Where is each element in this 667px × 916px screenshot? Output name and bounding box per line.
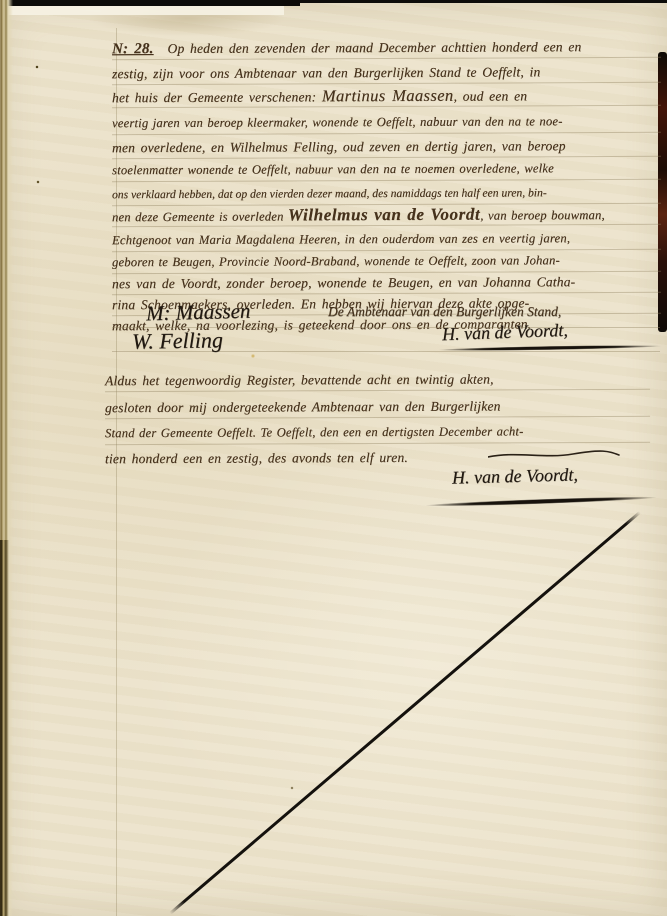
act-line: het huis der Gemeente verschenen: Martin… (112, 85, 661, 108)
register-page: N: 28.Op heden den zevenden der maand De… (0, 0, 667, 916)
act-text: , oud een en (454, 88, 528, 103)
act-number: N: 28. (112, 41, 154, 57)
act-line: N: 28.Op heden den zevenden der maand De… (112, 37, 661, 60)
closing-line: Aldus het tegenwoordig Register, bevatte… (105, 369, 650, 392)
act-line: ons verklaard hebben, dat op den vierden… (112, 183, 661, 206)
witness-signature-felling: W. Felling (132, 327, 223, 355)
act-line: stoelenmatter wonende te Oeffelt, nabuur… (112, 159, 661, 182)
act-line: men overledene, en Wilhelmus Felling, ou… (112, 136, 661, 159)
binding-gutter-dark (0, 540, 10, 916)
deceased-name: Wilhelmus van de Voordt (288, 205, 480, 225)
declarant-name: Martinus Maassen (322, 86, 454, 106)
closing-registrar-signature: H. van de Voordt, (452, 464, 578, 488)
act-line: nen deze Gemeente is overleden Wilhelmus… (112, 204, 661, 227)
closing-line: gesloten door mij ondergeteekende Ambten… (105, 396, 650, 419)
act-text: het huis der Gemeente verschenen: (112, 89, 322, 105)
registrar-signature: H. van de Voordt, (442, 320, 568, 345)
act-text: Op heden den zevenden der maand December… (167, 39, 581, 56)
act-line: Echtgenoot van Maria Magdalena Heeren, i… (112, 229, 661, 252)
act-text: , van beroep bouwman, (480, 208, 605, 223)
act-line: veertig jaren van beroep kleermaker, won… (112, 112, 661, 135)
signature-flourish (425, 495, 657, 508)
page-top-highlight (6, 6, 284, 15)
witness-signature-maassen: M: Maassen (146, 299, 251, 327)
closing-line: Stand der Gemeente Oeffelt. Te Oeffelt, … (105, 422, 650, 445)
line-filler-stroke (488, 449, 620, 461)
registrar-title: De Ambtenaar van den Burgerlijken Stand, (328, 304, 561, 320)
cancellation-stroke (169, 511, 641, 914)
act-line: nes van de Voordt, zonder beroep, wonend… (112, 272, 661, 295)
act-line: zestig, zijn voor ons Ambtenaar van den … (112, 62, 661, 85)
act-line: geboren te Beugen, Provincie Noord-Braba… (112, 251, 661, 274)
act-text: nen deze Gemeente is overleden (112, 209, 288, 224)
